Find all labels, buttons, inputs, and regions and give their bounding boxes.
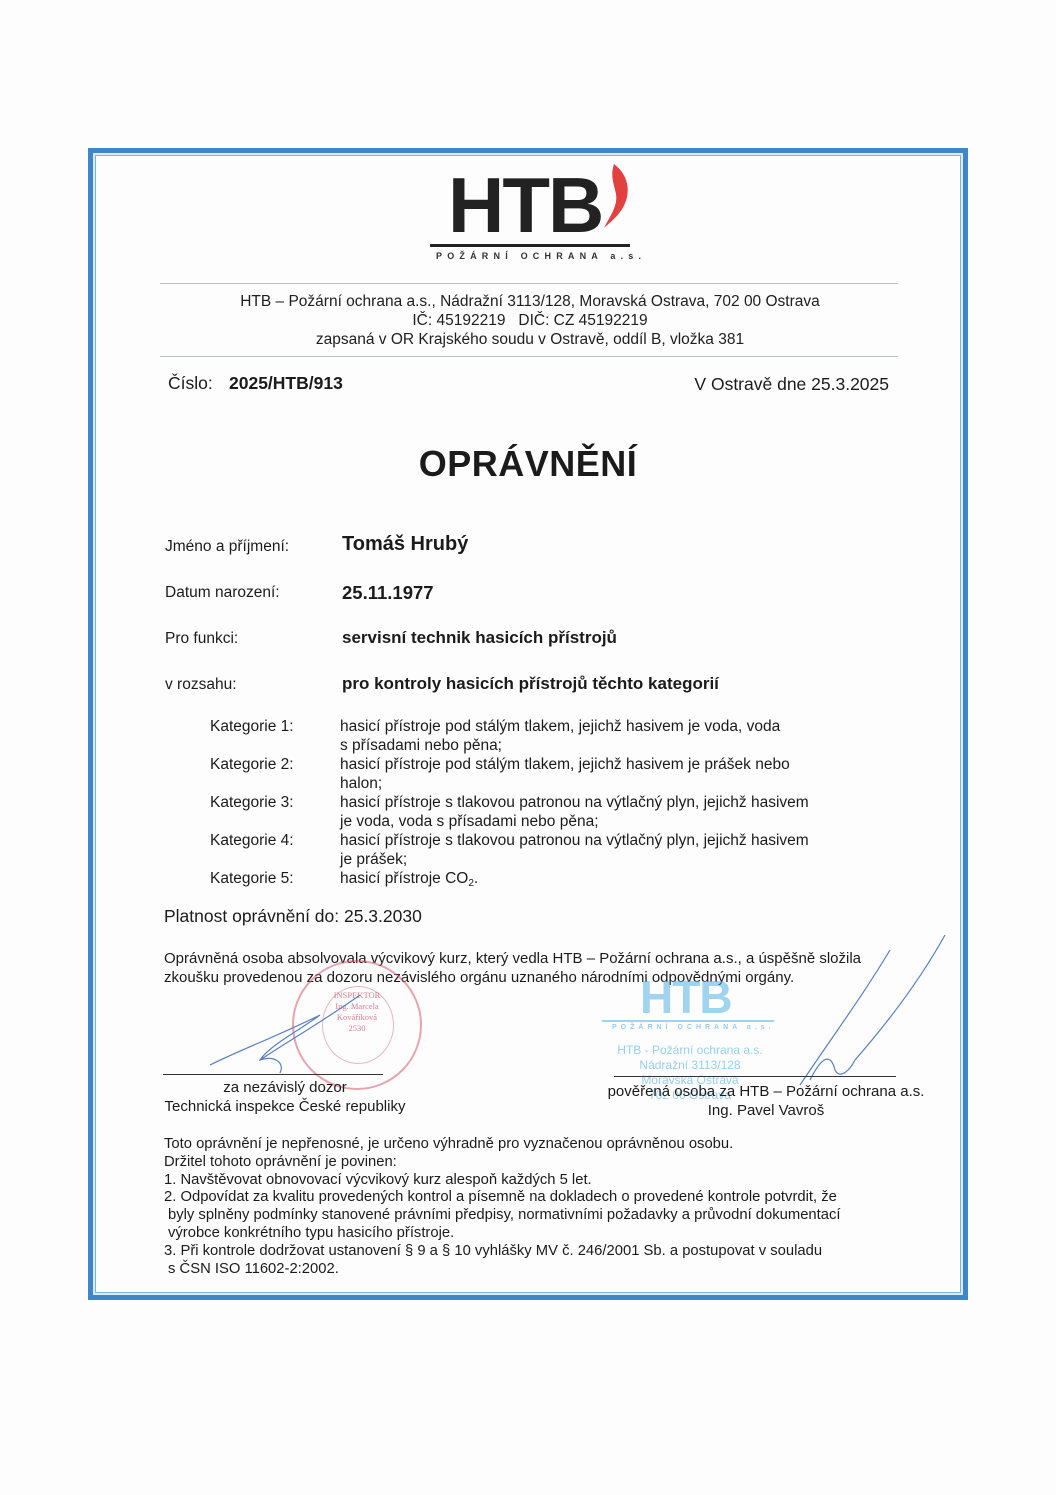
logo-subtitle: POŽÁRNÍ OCHRANA a.s. [436, 251, 646, 261]
flame-icon [600, 162, 636, 232]
company-address: HTB – Požární ochrana a.s., Nádražní 311… [160, 292, 900, 311]
scope-label: v rozsahu: [165, 676, 237, 694]
category-5-text: hasicí přístroje CO2. [340, 869, 860, 893]
scope-value: pro kontroly hasicích přístrojů těchto k… [342, 674, 719, 694]
header-rule-top [160, 283, 898, 284]
category-2-label: Kategorie 2: [210, 755, 294, 774]
right-signatory: pověřená osoba za HTB – Požární ochrana … [586, 1082, 946, 1120]
category-4-text: hasicí přístroje s tlakovou patronou na … [340, 831, 860, 869]
category-4-label: Kategorie 4: [210, 831, 294, 850]
company-registry: zapsaná v OR Krajského soudu v Ostravě, … [160, 330, 900, 349]
left-signatory: za nezávislý dozor Technická inspekce Če… [140, 1078, 430, 1116]
function-value: servisní technik hasicích přístrojů [342, 628, 617, 648]
validity-date: Platnost oprávnění do: 25.3.2030 [164, 906, 422, 927]
name-label: Jméno a příjmení: [165, 538, 289, 556]
htb-signature [780, 930, 950, 1090]
holder-conditions: Toto oprávnění je nepřenosné, je určeno … [164, 1136, 954, 1278]
reference-label: Číslo: [168, 373, 213, 394]
category-2-text: hasicí přístroje pod stálým tlakem, jeji… [340, 755, 860, 793]
htb-stamp-subtitle: POŽÁRNÍ OCHRANA a.s. [612, 1024, 775, 1031]
company-ids: IČ: 45192219 DIČ: CZ 45192219 [160, 311, 900, 330]
right-signature-line [614, 1076, 896, 1077]
inspector-signature [200, 985, 370, 1075]
birthdate-value: 25.11.1977 [342, 582, 434, 604]
function-label: Pro funkci: [165, 630, 238, 648]
birthdate-label: Datum narození: [165, 584, 280, 602]
category-5-label: Kategorie 5: [210, 869, 294, 888]
reference-number: 2025/HTB/913 [229, 373, 343, 394]
htb-stamp-rule [602, 1020, 774, 1022]
htb-stamp-logo: HTB [640, 970, 732, 1024]
category-1-label: Kategorie 1: [210, 717, 294, 736]
logo-underline [430, 244, 630, 247]
issue-place-date: V Ostravě dne 25.3.2025 [694, 374, 889, 395]
category-3-label: Kategorie 3: [210, 793, 294, 812]
header-rule-bottom [160, 356, 898, 357]
category-1-text: hasicí přístroje pod stálým tlakem, jeji… [340, 717, 860, 755]
htb-logo: HTB [448, 165, 602, 245]
name-value: Tomáš Hrubý [342, 533, 468, 556]
document-title: OPRÁVNĚNÍ [0, 443, 1056, 485]
left-signature-line [163, 1074, 383, 1075]
category-3-text: hasicí přístroje s tlakovou patronou na … [340, 793, 860, 831]
